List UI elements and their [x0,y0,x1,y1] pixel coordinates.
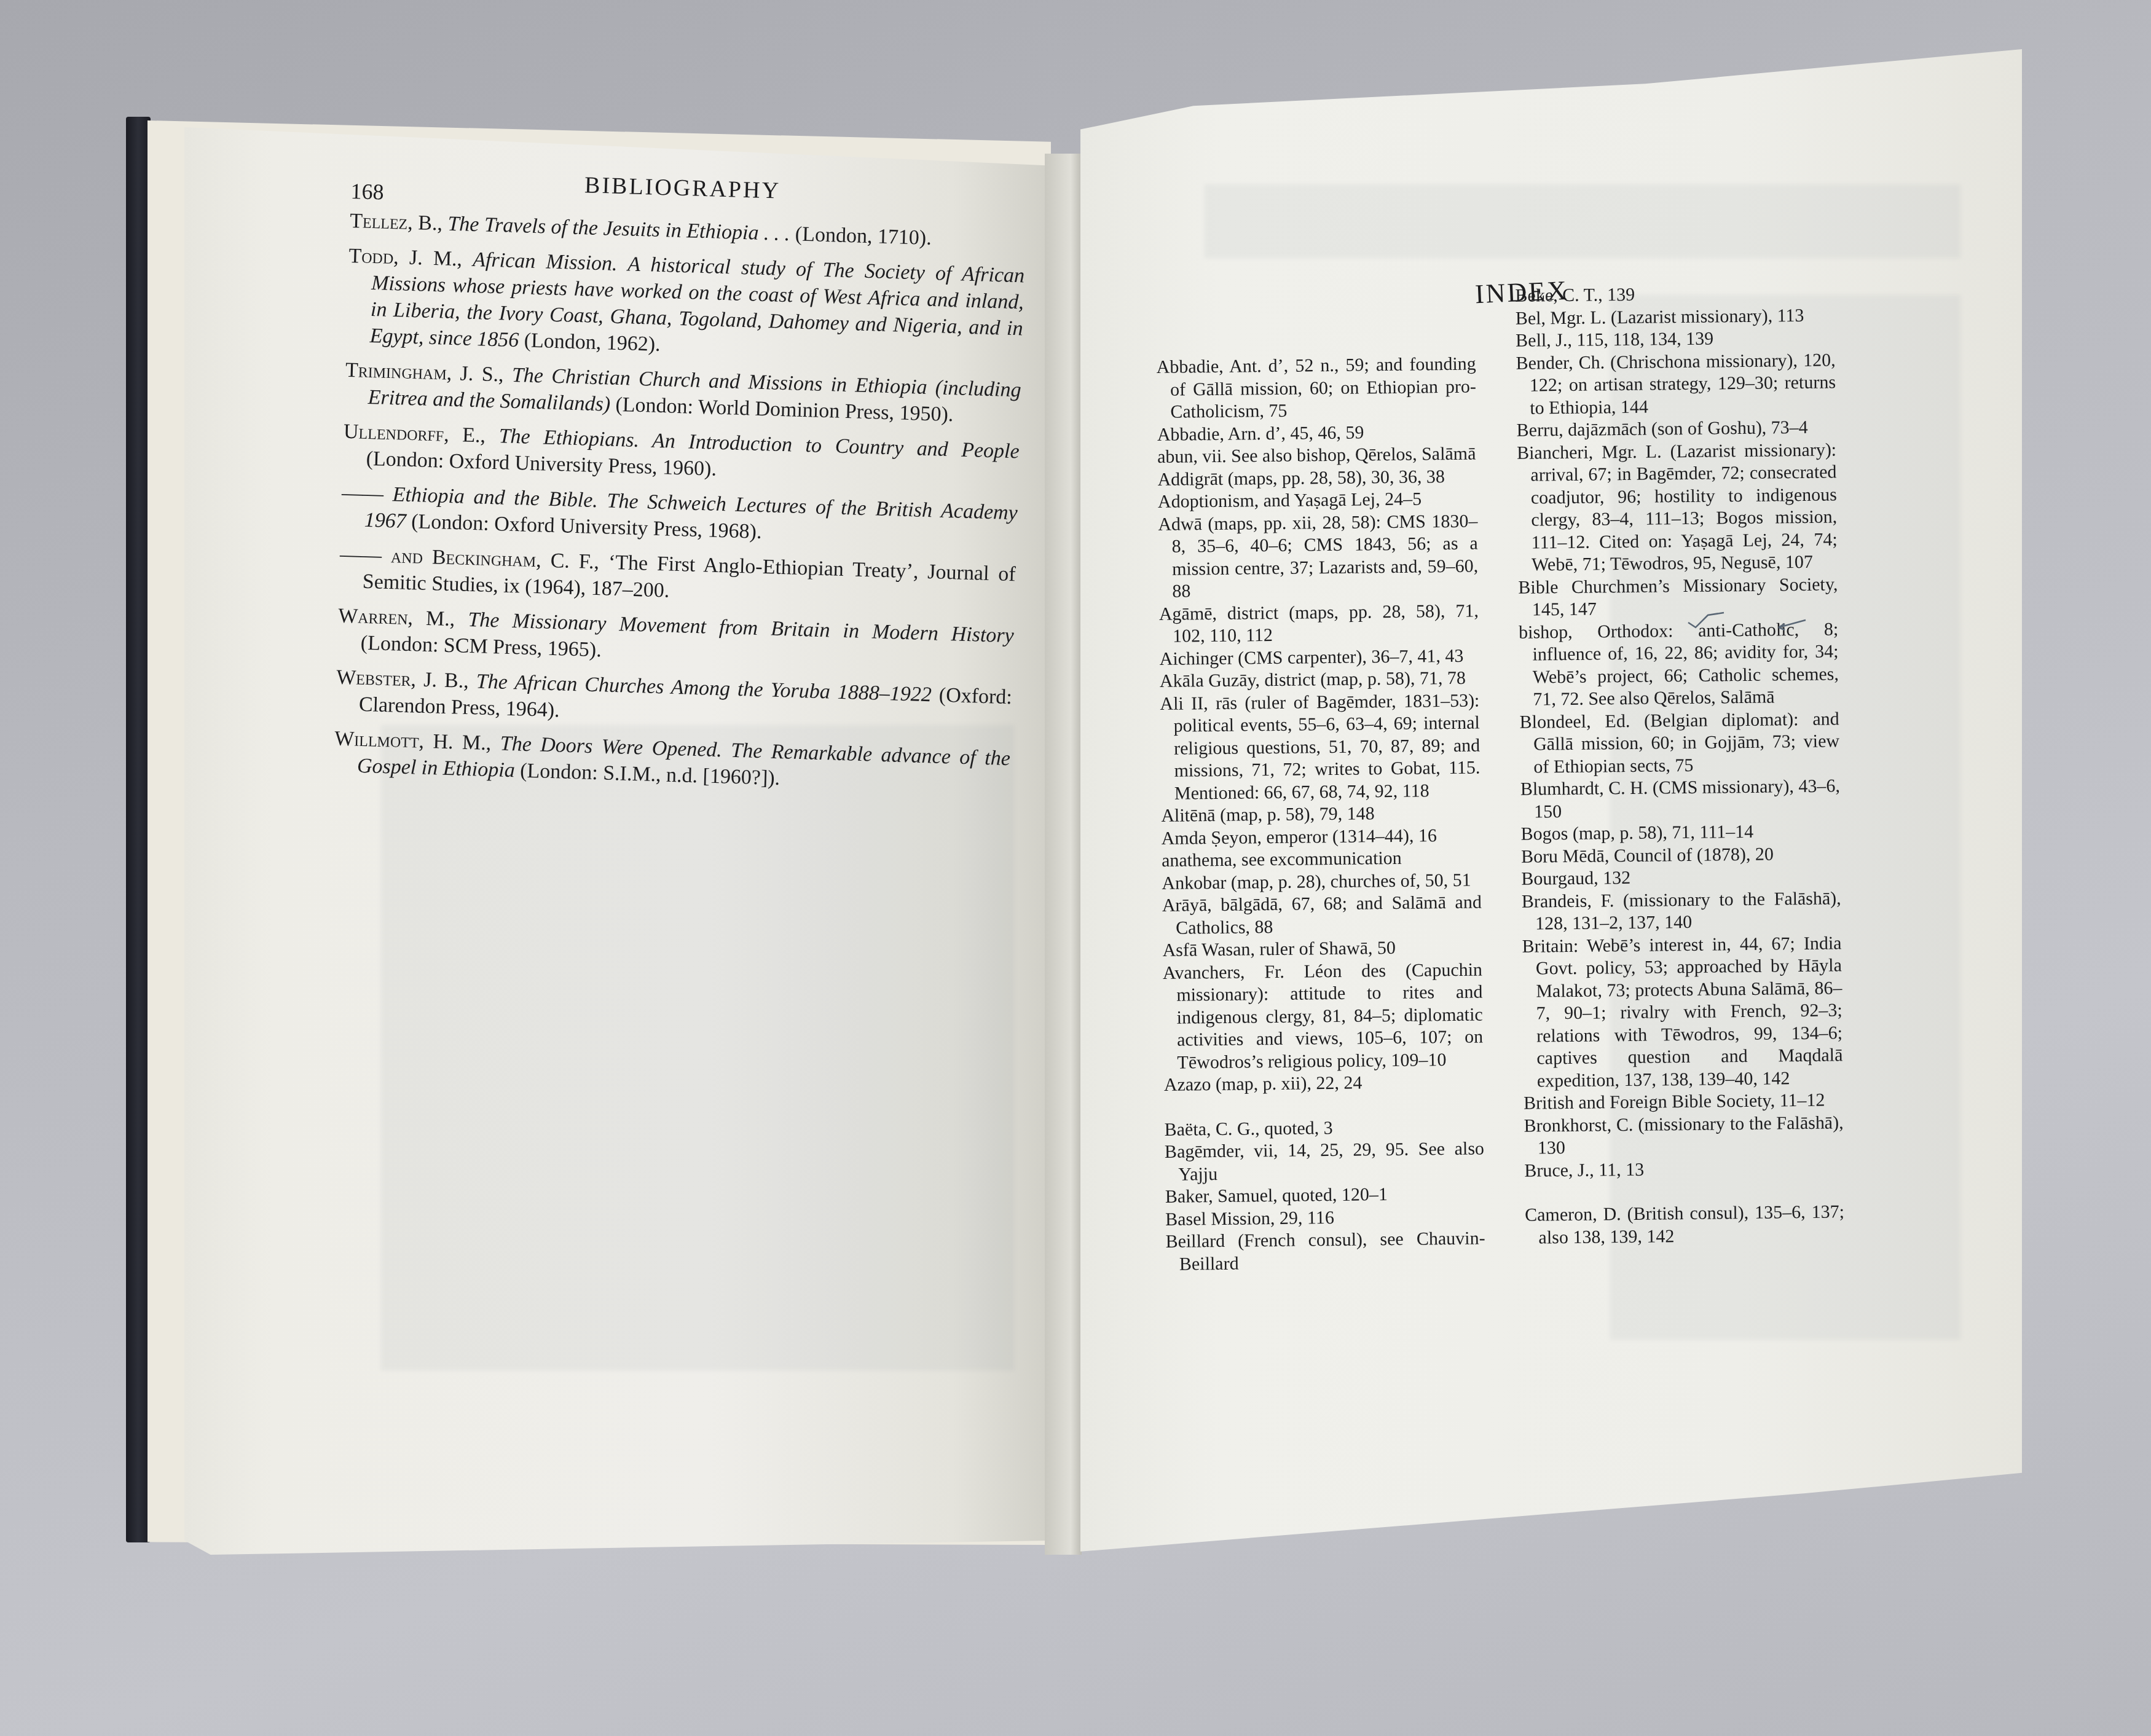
index-entry: Agāmē, district (maps, pp. 28, 58), 71, … [1159,600,1479,648]
index-entry: Aichinger (CMS carpenter), 36–7, 41, 43 [1159,645,1479,670]
index-entry: Adoptionism, and Yaṣagā Lej, 24–5 [1158,488,1477,514]
index-entry: Asfā Wasan, ruler of Shawā, 50 [1162,936,1482,962]
bibliography-entry: —— and Beckingham, C. F., ‘The First Ang… [339,541,1016,615]
running-head: BIBLIOGRAPHY [584,171,781,204]
index-entry: Bruce, J., 11, 13 [1524,1157,1844,1182]
index-entry: Baëta, C. G., quoted, 3 [1164,1115,1484,1141]
entry-author: Todd, J. M., [348,245,463,270]
bibliography-entry: Willmott, H. M., The Doors Were Opened. … [333,726,1010,799]
bibliography-page: 168 BIBLIOGRAPHY Tellez, B., The Travels… [333,165,1028,807]
index-entry: Arāyā, bālgādā, 67, 68; and Salāmā and C… [1162,891,1482,939]
index-entry: Bogos (map, p. 58), 71, 111–14 [1520,820,1840,846]
book-gutter [1045,154,1082,1555]
bibliography-entry: Ullendorff, E., The Ethiopians. An Intro… [342,418,1020,492]
index-entry: Biancheri, Mgr. L. (Lazarist missionary)… [1517,439,1838,576]
entry-author: Webster, J. B., [336,666,470,693]
entry-author: —— [342,482,384,506]
bibliography-entry: Trimingham, J. S., The Christian Church … [344,357,1021,430]
entry-publication: (London: SCM Press, 1965). [360,632,602,662]
index-column-right: Beke, C. T., 139 Bel, Mgr. L. (Lazarist … [1515,281,1844,1249]
index-entry: Bel, Mgr. L. (Lazarist missionary), 113 [1516,304,1835,330]
index-entry: Alitēnā (map, p. 58), 79, 148 [1161,802,1481,828]
index-entry: Abbadie, Ant. d’, 52 n., 59; and foundin… [1156,353,1476,424]
index-entry: Ali II, rās (ruler of Bagēmder, 1831–53)… [1160,689,1481,805]
index-entry: Bronkhorst, C. (missionary to the Falāsh… [1524,1112,1844,1160]
index-entry: Bible Churchmen’s Missionary Society, 14… [1518,573,1838,621]
show-through-text [1205,184,1960,258]
page-number: 168 [350,178,384,205]
index-column-left: Abbadie, Ant. d’, 52 n., 59; and foundin… [1156,353,1485,1276]
index-entry: Baker, Samuel, quoted, 120–1 [1165,1182,1485,1208]
index-letter-gap [1525,1179,1844,1204]
index-letter-gap [1164,1093,1484,1118]
index-entry: Blumhardt, C. H. (CMS missionary), 43–6,… [1520,775,1841,823]
bibliography-entry: Todd, J. M., African Mission. A historic… [346,243,1025,369]
index-entry: Beillard (French consul), see Chauvin-Be… [1165,1227,1485,1275]
index-entry: Azazo (map, p. xii), 22, 24 [1164,1070,1484,1096]
index-entry: Adwā (maps, pp. xii, 28, 58): CMS 1830–8… [1158,510,1479,603]
index-entry: anathema, see excommunication [1162,847,1481,873]
entry-publication: (London, 1710). [795,222,932,249]
entry-author: Trimingham, J. S., [345,359,505,387]
index-entry: Addigrāt (maps, pp. 28, 58), 30, 36, 38 [1157,465,1477,491]
index-entry: Berru, dajāzmāch (son of Goshu), 73–4 [1517,416,1836,442]
bibliography-entry: —— Ethiopia and the Bible. The Schweich … [340,480,1018,553]
index-entry: Bourgaud, 132 [1521,865,1841,890]
entry-author: Warren, M., [338,605,455,631]
index-entry: Boru Mēdā, Council of (1878), 20 [1521,842,1841,868]
entry-publication: (London, 1962). [524,329,661,356]
index-entry: Avanchers, Fr. Léon des (Capuchin missio… [1163,959,1484,1074]
entry-author: —— and Beckingham, C. F., [340,543,600,574]
entry-publication: (London: S.I.M., n.d. [1960?]). [520,760,781,790]
index-entry: Bell, J., 115, 118, 134, 139 [1516,326,1835,352]
index-entry: Ankobar (map, p. 28), churches of, 50, 5… [1162,869,1481,895]
index-entry: Britain: Webē’s interest in, 44, 67; Ind… [1522,932,1843,1093]
index-entry: Basel Mission, 29, 116 [1165,1205,1485,1231]
index-entry: Blondeel, Ed. (Belgian diplomat): and Gā… [1520,708,1840,779]
entry-title: African Mission. A historical study of T… [369,248,1024,352]
index-entry: Bender, Ch. (Chrischona missionary), 120… [1516,349,1836,420]
index-entry: Akāla Guzāy, district (map, p. 58), 71, … [1160,667,1479,693]
show-through-text [381,725,1014,1370]
entry-author: Ullendorff, E., [344,420,486,447]
index-entry: Abbadie, Arn. d’, 45, 46, 59 [1157,420,1477,446]
bibliography-entry: Warren, M., The Missionary Movement from… [337,603,1014,676]
book-cover-edge [126,117,151,1542]
index-entry: Bagēmder, vii, 14, 25, 29, 95. See also … [1165,1137,1485,1185]
index-entry: Amda Ṣeyon, emperor (1314–44), 16 [1161,824,1481,850]
pen-arrow-mark-icon [1776,618,1807,632]
index-entry: Beke, C. T., 139 [1515,281,1834,307]
index-entry: abun, vii. See also bishop, Qērelos, Sal… [1157,443,1477,469]
index-entry: Cameron, D. (British consul), 135–6, 137… [1525,1201,1845,1249]
bibliography-list: Tellez, B., The Travels of the Jesuits i… [333,208,1026,798]
index-entry: British and Foreign Bible Society, 11–12 [1524,1089,1843,1115]
index-entry: Brandeis, F. (missionary to the Falāshā)… [1522,887,1842,935]
entry-publication: (London: World Dominion Press, 1950). [615,393,954,426]
pen-check-mark-icon [1687,611,1730,630]
bibliography-entry: Webster, J. B., The African Churches Amo… [335,664,1012,737]
entry-author: Tellez, B., [350,210,443,235]
entry-author: Willmott, H. M., [334,728,492,755]
